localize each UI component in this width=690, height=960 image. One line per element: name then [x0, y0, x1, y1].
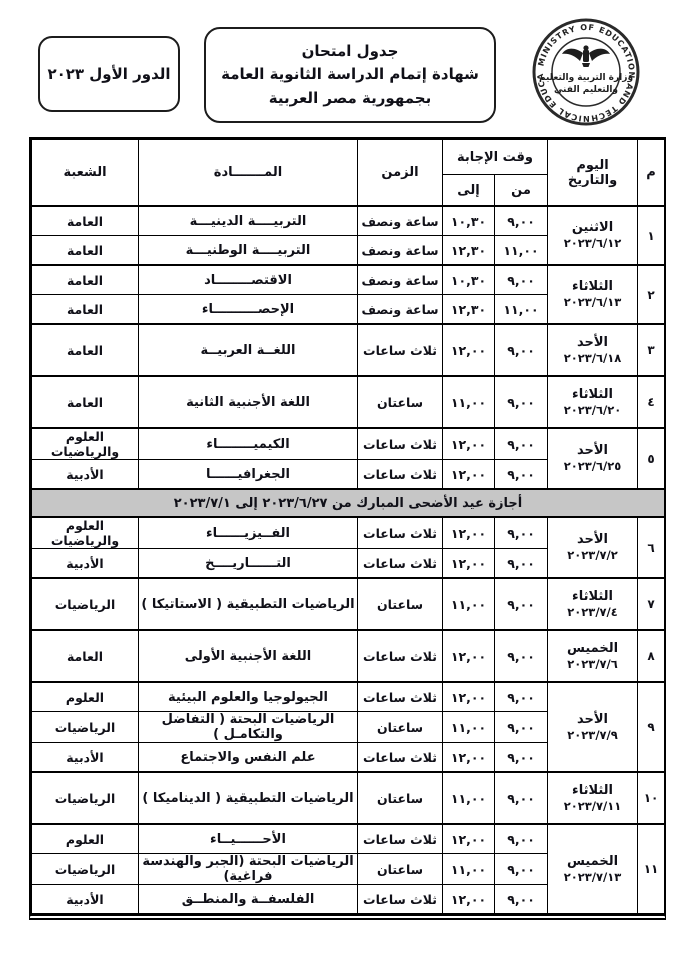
day-date-cell: الأحد٢٠٢٣/٦/١٨: [548, 324, 638, 376]
subject-cell: الفلسفــة والمنطــق: [139, 885, 358, 914]
branch-cell: العامة: [32, 265, 139, 295]
to-cell: ١٢,٠٠: [443, 549, 495, 579]
date-label: ٢٠٢٣/٦/٢٥: [550, 459, 635, 473]
branch-cell: الرياضيات: [32, 772, 139, 824]
duration-cell: ثلاث ساعات: [358, 630, 443, 682]
duration-cell: ثلاث ساعات: [358, 682, 443, 712]
to-cell: ١٢,٣٠: [443, 236, 495, 266]
day-label: الأحد: [550, 712, 635, 728]
subject-cell: الفــيزيــــــاء: [139, 517, 358, 549]
branch-cell: العامة: [32, 295, 139, 325]
subject-cell: الرياضيات البحتة (الجبر والهندسة فراغية): [139, 854, 358, 885]
duration-cell: ساعة ونصف: [358, 206, 443, 236]
title-box: جدول امتحان شهادة إتمام الدراسة الثانوية…: [204, 27, 496, 123]
ministry-seal-logo: MINISTRY OF EDUCATION AND TECHNICAL EDUC…: [505, 14, 667, 130]
duration-cell: ثلاث ساعات: [358, 885, 443, 914]
to-cell: ١٢,٠٠: [443, 517, 495, 549]
num-cell: ٨: [638, 630, 665, 682]
from-cell: ٩,٠٠: [495, 517, 548, 549]
from-cell: ٩,٠٠: [495, 885, 548, 914]
num-cell: ١: [638, 206, 665, 265]
duration-cell: ساعة ونصف: [358, 265, 443, 295]
duration-cell: ثلاث ساعات: [358, 428, 443, 460]
table-row: ٧الثلاثاء٢٠٢٣/٧/٤٩,٠٠١١,٠٠ساعتانالرياضيا…: [32, 578, 665, 630]
day-date-cell: الثلاثاء٢٠٢٣/٦/٢٠: [548, 376, 638, 428]
schedule-table-wrap: م اليوم والتاريخ وقت الإجابة الزمن المــ…: [29, 137, 666, 920]
day-label: الخميس: [550, 641, 635, 657]
subject-cell: الجيولوجيا والعلوم البيئية: [139, 682, 358, 712]
to-cell: ١٠,٣٠: [443, 265, 495, 295]
table-row: ٢الثلاثاء٢٠٢٣/٦/١٣٩,٠٠١٠,٣٠ساعة ونصفالاق…: [32, 265, 665, 295]
duration-cell: ثلاث ساعات: [358, 517, 443, 549]
subject-cell: الأحــــــيــاء: [139, 824, 358, 854]
from-cell: ٩,٠٠: [495, 630, 548, 682]
subject-cell: الرياضيات التطبيقية ( الديناميكا ): [139, 772, 358, 824]
branch-cell: العامة: [32, 630, 139, 682]
num-cell: ٤: [638, 376, 665, 428]
day-date-cell: الخميس٢٠٢٣/٧/٦: [548, 630, 638, 682]
to-cell: ١١,٠٠: [443, 578, 495, 630]
subject-cell: الإحصــــــــــاء: [139, 295, 358, 325]
to-cell: ١٢,٠٠: [443, 682, 495, 712]
num-cell: ١٠: [638, 772, 665, 824]
holiday-banner-row: أجازة عيد الأضحى المبارك من ٢٠٢٣/٦/٢٧ إل…: [32, 489, 665, 517]
from-cell: ٩,٠٠: [495, 428, 548, 460]
branch-cell: العلوم والرياضيات: [32, 517, 139, 549]
branch-cell: العلوم: [32, 682, 139, 712]
subject-cell: اللغــة العربيــة: [139, 324, 358, 376]
day-date-cell: الثلاثاء٢٠٢٣/٦/١٣: [548, 265, 638, 324]
day-label: الأحد: [550, 335, 635, 351]
subject-cell: اللغة الأجنبية الأولى: [139, 630, 358, 682]
num-cell: ٩: [638, 682, 665, 772]
branch-cell: العلوم: [32, 824, 139, 854]
from-cell: ٩,٠٠: [495, 854, 548, 885]
subject-cell: الكيميــــــــاء: [139, 428, 358, 460]
date-label: ٢٠٢٣/٧/٩: [550, 728, 635, 742]
from-cell: ٩,٠٠: [495, 376, 548, 428]
col-header-branch: الشعبة: [32, 140, 139, 207]
duration-cell: ثلاث ساعات: [358, 460, 443, 490]
table-row: ١٠الثلاثاء٢٠٢٣/٧/١١٩,٠٠١١,٠٠ساعتانالرياض…: [32, 772, 665, 824]
holiday-banner-text: أجازة عيد الأضحى المبارك من ٢٠٢٣/٦/٢٧ إل…: [32, 489, 665, 517]
from-cell: ٩,٠٠: [495, 712, 548, 743]
subject-cell: علم النفس والاجتماع: [139, 743, 358, 773]
subject-cell: التربيــــة الوطنيـــة: [139, 236, 358, 266]
duration-cell: ساعتان: [358, 712, 443, 743]
from-cell: ٩,٠٠: [495, 324, 548, 376]
num-cell: ٦: [638, 517, 665, 578]
from-cell: ٩,٠٠: [495, 206, 548, 236]
to-cell: ١٢,٠٠: [443, 885, 495, 914]
branch-cell: الرياضيات: [32, 854, 139, 885]
table-row: ١١الخميس٢٠٢٣/٧/١٣٩,٠٠١٢,٠٠ثلاث ساعاتالأح…: [32, 824, 665, 854]
date-label: ٢٠٢٣/٧/١١: [550, 799, 635, 813]
table-row: ٥الأحد٢٠٢٣/٦/٢٥٩,٠٠١٢,٠٠ثلاث ساعاتالكيمي…: [32, 428, 665, 460]
ministry-seal-icon: MINISTRY OF EDUCATION AND TECHNICAL EDUC…: [505, 14, 667, 130]
duration-cell: ساعة ونصف: [358, 295, 443, 325]
col-header-duration: الزمن: [358, 140, 443, 207]
date-label: ٢٠٢٣/٦/١٨: [550, 351, 635, 365]
table-row: ١الاثنين٢٠٢٣/٦/١٢٩,٠٠١٠,٣٠ساعة ونصفالترب…: [32, 206, 665, 236]
from-cell: ٩,٠٠: [495, 460, 548, 490]
branch-cell: الأدبية: [32, 885, 139, 914]
col-header-from: من: [495, 175, 548, 207]
duration-cell: ثلاث ساعات: [358, 824, 443, 854]
seal-arabic-line-1: وزارة التربية والتعليم: [539, 73, 633, 83]
subject-cell: الجغرافيــــــا: [139, 460, 358, 490]
to-cell: ١١,٠٠: [443, 772, 495, 824]
from-cell: ١١,٠٠: [495, 295, 548, 325]
branch-cell: الرياضيات: [32, 578, 139, 630]
col-header-answer-time: وقت الإجابة: [443, 140, 548, 175]
duration-cell: ساعتان: [358, 376, 443, 428]
duration-cell: ثلاث ساعات: [358, 324, 443, 376]
day-label: الأحد: [550, 443, 635, 459]
table-row: ٩الأحد٢٠٢٣/٧/٩٩,٠٠١٢,٠٠ثلاث ساعاتالجيولو…: [32, 682, 665, 712]
subject-cell: الاقتصــــــــاد: [139, 265, 358, 295]
day-label: الخميس: [550, 854, 635, 870]
num-cell: ٣: [638, 324, 665, 376]
day-date-cell: الثلاثاء٢٠٢٣/٧/٤: [548, 578, 638, 630]
day-label: الثلاثاء: [550, 783, 635, 799]
table-row: ٨الخميس٢٠٢٣/٧/٦٩,٠٠١٢,٠٠ثلاث ساعاتاللغة …: [32, 630, 665, 682]
day-date-cell: الأحد٢٠٢٣/٧/٢: [548, 517, 638, 578]
date-label: ٢٠٢٣/٧/٢: [550, 548, 635, 562]
to-cell: ١٢,٠٠: [443, 743, 495, 773]
round-box: الدور الأول ٢٠٢٣: [38, 36, 180, 112]
from-cell: ٩,٠٠: [495, 824, 548, 854]
date-label: ٢٠٢٣/٧/١٣: [550, 870, 635, 884]
branch-cell: العامة: [32, 324, 139, 376]
from-cell: ٩,٠٠: [495, 743, 548, 773]
day-date-cell: الأحد٢٠٢٣/٧/٩: [548, 682, 638, 772]
day-date-cell: الخميس٢٠٢٣/٧/١٣: [548, 824, 638, 914]
to-cell: ١١,٠٠: [443, 854, 495, 885]
from-cell: ٩,٠٠: [495, 549, 548, 579]
to-cell: ١٢,٠٠: [443, 324, 495, 376]
day-label: الثلاثاء: [550, 589, 635, 605]
date-label: ٢٠٢٣/٧/٦: [550, 657, 635, 671]
col-header-to: إلى: [443, 175, 495, 207]
to-cell: ١٢,٠٠: [443, 630, 495, 682]
duration-cell: ثلاث ساعات: [358, 549, 443, 579]
exam-schedule-page: الدور الأول ٢٠٢٣ جدول امتحان شهادة إتمام…: [0, 0, 690, 960]
to-cell: ١٢,٣٠: [443, 295, 495, 325]
branch-cell: العامة: [32, 206, 139, 236]
table-row: ٣الأحد٢٠٢٣/٦/١٨٩,٠٠١٢,٠٠ثلاث ساعاتاللغــ…: [32, 324, 665, 376]
date-label: ٢٠٢٣/٦/١٢: [550, 236, 635, 250]
col-header-day-date: اليوم والتاريخ: [548, 140, 638, 207]
seal-arabic-line-2: والتعليم الفني: [554, 85, 618, 95]
from-cell: ٩,٠٠: [495, 682, 548, 712]
subject-cell: التربيــــة الدينيـــة: [139, 206, 358, 236]
col-header-subject: المـــــــادة: [139, 140, 358, 207]
day-label: الثلاثاء: [550, 387, 635, 403]
date-label: ٢٠٢٣/٦/٢٠: [550, 403, 635, 417]
subject-cell: الرياضيات البحتة ( التفاضل والتكامـل ): [139, 712, 358, 743]
day-label: الأحد: [550, 532, 635, 548]
to-cell: ١٢,٠٠: [443, 824, 495, 854]
duration-cell: ثلاث ساعات: [358, 743, 443, 773]
duration-cell: ساعتان: [358, 854, 443, 885]
num-cell: ٥: [638, 428, 665, 489]
to-cell: ١٢,٠٠: [443, 428, 495, 460]
day-label: الاثنين: [550, 220, 635, 236]
title-line-1: جدول امتحان: [302, 40, 399, 63]
branch-cell: الرياضيات: [32, 712, 139, 743]
date-label: ٢٠٢٣/٧/٤: [550, 605, 635, 619]
num-cell: ٢: [638, 265, 665, 324]
day-date-cell: الاثنين٢٠٢٣/٦/١٢: [548, 206, 638, 265]
col-header-num: م: [638, 140, 665, 207]
branch-cell: الأدبية: [32, 743, 139, 773]
num-cell: ١١: [638, 824, 665, 914]
branch-cell: الأدبية: [32, 549, 139, 579]
from-cell: ٩,٠٠: [495, 772, 548, 824]
branch-cell: العامة: [32, 236, 139, 266]
subject-cell: الرياضيات التطبيقية ( الاستاتيكا ): [139, 578, 358, 630]
from-cell: ١١,٠٠: [495, 236, 548, 266]
num-cell: ٧: [638, 578, 665, 630]
branch-cell: الأدبية: [32, 460, 139, 490]
to-cell: ١٠,٣٠: [443, 206, 495, 236]
day-date-cell: الأحد٢٠٢٣/٦/٢٥: [548, 428, 638, 489]
duration-cell: ساعة ونصف: [358, 236, 443, 266]
day-label: الثلاثاء: [550, 279, 635, 295]
to-cell: ١١,٠٠: [443, 712, 495, 743]
day-date-cell: الثلاثاء٢٠٢٣/٧/١١: [548, 772, 638, 824]
subject-cell: التــــــاريــــخ: [139, 549, 358, 579]
schedule-table: م اليوم والتاريخ وقت الإجابة الزمن المــ…: [31, 139, 665, 914]
title-line-3: بجمهورية مصر العربية: [269, 87, 431, 110]
to-cell: ١٢,٠٠: [443, 460, 495, 490]
date-label: ٢٠٢٣/٦/١٣: [550, 295, 635, 309]
branch-cell: العلوم والرياضيات: [32, 428, 139, 460]
round-label: الدور الأول ٢٠٢٣: [47, 65, 170, 83]
duration-cell: ساعتان: [358, 772, 443, 824]
subject-cell: اللغة الأجنبية الثانية: [139, 376, 358, 428]
branch-cell: العامة: [32, 376, 139, 428]
duration-cell: ساعتان: [358, 578, 443, 630]
title-line-2: شهادة إتمام الدراسة الثانوية العامة: [221, 63, 479, 86]
from-cell: ٩,٠٠: [495, 265, 548, 295]
from-cell: ٩,٠٠: [495, 578, 548, 630]
table-row: ٤الثلاثاء٢٠٢٣/٦/٢٠٩,٠٠١١,٠٠ساعتاناللغة ا…: [32, 376, 665, 428]
to-cell: ١١,٠٠: [443, 376, 495, 428]
table-row: ٦الأحد٢٠٢٣/٧/٢٩,٠٠١٢,٠٠ثلاث ساعاتالفــيز…: [32, 517, 665, 549]
